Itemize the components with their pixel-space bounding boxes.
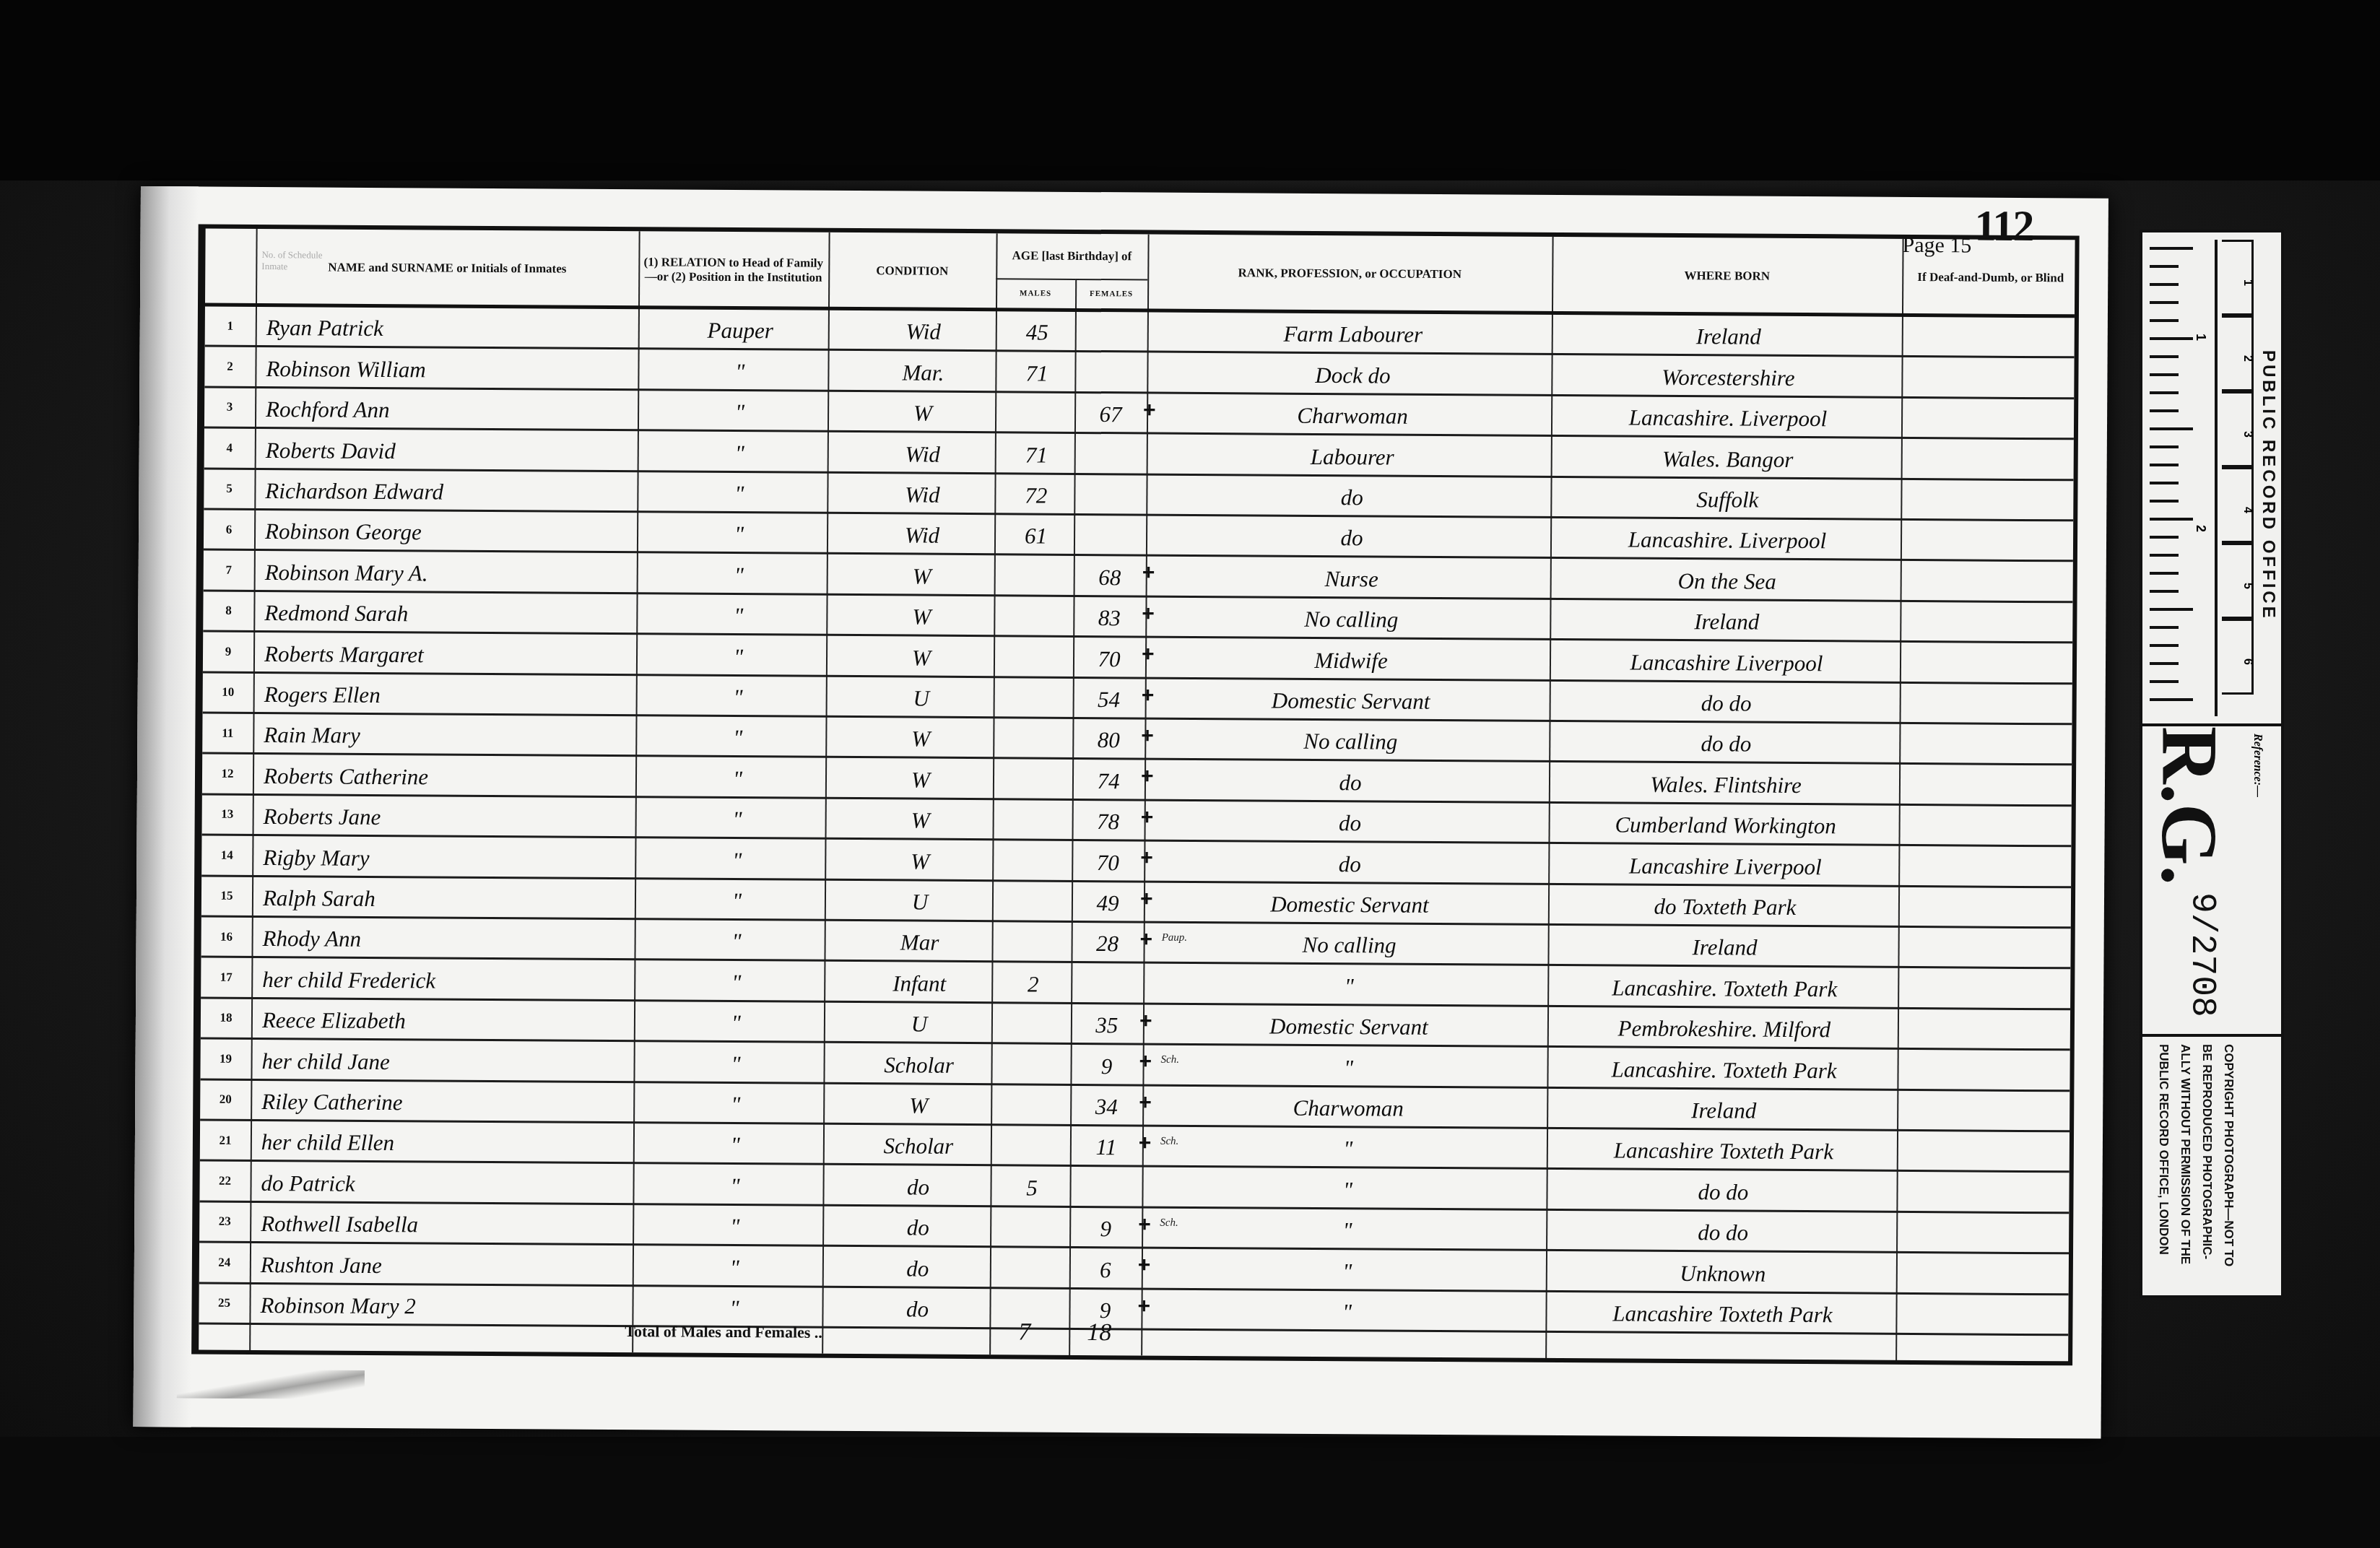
ruler-tick (2150, 409, 2179, 412)
ruler-tick (2150, 554, 2179, 557)
tally-mark-icon: + (1142, 601, 1155, 626)
where-born: Ireland (1550, 1089, 1897, 1129)
age-female: 78 (1072, 801, 1145, 840)
condition: W (851, 392, 995, 432)
occupation: Domestic Servant (1154, 1004, 1544, 1045)
reference-piece: 9/2708 (2182, 892, 2221, 1017)
age-male (996, 840, 1072, 879)
age-male: 61 (998, 515, 1074, 554)
ruler-cm-label: 3 (2222, 431, 2254, 438)
header-occupation: RANK, PROFESSION, or OCCUPATION (1147, 235, 1552, 313)
condition: W (848, 799, 993, 839)
inmate-name: Redmond Sarah (264, 592, 636, 633)
inmate-name: Rochford Ann (266, 388, 638, 430)
ruler-tick (2150, 355, 2179, 358)
top-dark-band (0, 0, 2380, 181)
tally-mark-icon: + (1141, 723, 1154, 748)
tally-mark-icon: + (1139, 1009, 1152, 1033)
tally-mark-icon: + (1141, 805, 1154, 830)
ruler-tick (2150, 247, 2193, 250)
where-born: Worcestershire (1555, 355, 1901, 396)
row-number: 21 (200, 1121, 251, 1160)
reference-series: R.G. (2150, 726, 2229, 885)
condition: W (850, 555, 994, 594)
where-born: do do (1553, 682, 1900, 722)
where-born: Ireland (1553, 600, 1900, 640)
header-age-females: FEMALES (1075, 279, 1147, 308)
condition: W (848, 718, 993, 757)
tally-mark-icon: + (1138, 1253, 1151, 1278)
ruler-cm-box (2222, 240, 2254, 316)
ruler-cm-label: 6 (2222, 658, 2254, 665)
header-age-males: MALES (996, 278, 1075, 308)
inmate-name: her child Frederick (262, 958, 634, 999)
age-male (997, 678, 1073, 717)
row-number: 2 (204, 347, 255, 386)
inmate-name: Robinson Mary A. (265, 551, 637, 592)
ruler-tick (2150, 373, 2179, 376)
ruler-tick (2150, 536, 2179, 539)
relation: " (649, 839, 825, 879)
age-male (999, 393, 1074, 432)
ruler-tick (2150, 500, 2179, 503)
where-born: Unknown (1550, 1251, 1896, 1292)
ruler-tick (2150, 662, 2179, 665)
header-condition: CONDITION (828, 232, 996, 309)
occupation: Labourer (1158, 435, 1547, 476)
inmate-name: Roberts David (266, 429, 638, 470)
row-number: 22 (199, 1162, 250, 1201)
where-born: Lancashire Toxteth Park (1550, 1129, 1897, 1170)
strip-title: PUBLIC RECORD OFFICE (2249, 240, 2278, 731)
age-male: 71 (999, 433, 1074, 472)
age-male (995, 1004, 1071, 1043)
inmate-name: Reece Elizabeth (262, 999, 634, 1040)
row-number: 14 (201, 836, 252, 875)
ruler-tick (2150, 391, 2179, 394)
occupation: do (1157, 475, 1547, 516)
condition: W (848, 758, 993, 798)
occupation: Charwoman (1153, 1086, 1543, 1127)
inmate-name: do Patrick (261, 1162, 633, 1203)
ruler-tick (2150, 590, 2179, 593)
row-number: 18 (201, 999, 251, 1038)
inmate-name: Roberts Catherine (264, 755, 635, 796)
where-born: do do (1550, 1211, 1896, 1251)
ruler-cm-label: 2 (2222, 355, 2254, 362)
ruler-tick (2150, 608, 2193, 611)
age-female (1074, 434, 1147, 473)
relation: " (647, 1165, 822, 1204)
relation: " (648, 961, 824, 1001)
age-male (996, 882, 1072, 921)
age-female: 49 (1072, 882, 1144, 921)
age-male (996, 800, 1072, 839)
ruler-inch-label: 2 (2193, 525, 2208, 532)
where-born: Lancashire Liverpool (1552, 844, 1898, 884)
where-born: Wales. Bangor (1555, 437, 1901, 477)
where-born: Ireland (1551, 926, 1898, 966)
tally-mark-icon: + (1137, 1294, 1150, 1318)
tally-mark-icon: + (1140, 927, 1153, 952)
inmate-name: Robinson George (265, 510, 637, 552)
ruler-tick (2150, 337, 2193, 340)
age-female: 68 (1074, 556, 1146, 595)
row-number: 23 (199, 1202, 250, 1241)
condition: U (848, 881, 992, 921)
inmate-name: Roberts Margaret (264, 632, 636, 674)
age-female (1069, 1167, 1142, 1206)
ruler-tick (2150, 518, 2193, 521)
age-female: 80 (1072, 719, 1145, 758)
occupation: do (1157, 516, 1547, 557)
margin-note: Sch. (1160, 1136, 1179, 1148)
row-number: 4 (204, 429, 255, 468)
age-female (1074, 352, 1147, 391)
copyright-line: PUBLIC RECORD OFFICE, LONDON (2153, 1044, 2174, 1266)
age-female: 35 (1071, 1004, 1143, 1043)
where-born: Lancashire. Liverpool (1554, 518, 1901, 559)
condition: Mar. (851, 351, 995, 391)
totals-males: 7 (1018, 1318, 1030, 1346)
copyright-notice: COPYRIGHT PHOTOGRAPH—NOT TOBE REPRODUCED… (2142, 1034, 2281, 1297)
relation: " (651, 635, 826, 675)
occupation: Farm Labourer (1158, 313, 1548, 354)
ruler-cm-label: 1 (2222, 279, 2254, 286)
ruler-scale: 12345612 (2150, 240, 2218, 716)
ruler-tick (2150, 626, 2179, 629)
tally-mark-icon: + (1142, 643, 1155, 667)
census-table: No. of Schedule Inmate NAME and SURNAME … (191, 224, 2080, 1365)
condition: Infant (847, 962, 991, 1001)
age-male (996, 718, 1072, 757)
ruler-cm-box (2222, 543, 2254, 619)
relation: " (650, 798, 825, 838)
row-number: 8 (203, 591, 253, 630)
tally-mark-icon: + (1139, 1050, 1152, 1074)
ruler-tick (2150, 445, 2179, 448)
age-male (994, 1126, 1070, 1165)
inmate-name: Rhody Ann (262, 918, 634, 959)
worn-left-edge (134, 186, 199, 1427)
relation: " (648, 1001, 824, 1041)
occupation: No calling (1155, 720, 1545, 761)
ruler-cm-box (2222, 316, 2254, 391)
inmate-name: Rain Mary (264, 714, 635, 755)
ruler-cm-box (2222, 391, 2254, 467)
inmate-name: Robinson William (266, 347, 638, 388)
relation: " (652, 391, 828, 430)
occupation: Midwife (1156, 638, 1546, 679)
occupation: " (1152, 1208, 1542, 1249)
condition: W (846, 1084, 991, 1124)
ruler-cm-box (2222, 467, 2254, 543)
occupation: " (1152, 1249, 1542, 1290)
ruler-tick (2150, 482, 2179, 484)
age-male (994, 1085, 1070, 1124)
row-number: 24 (199, 1243, 250, 1282)
reference-label: Reference:— (2251, 734, 2264, 797)
relation: " (648, 1083, 823, 1123)
row-number: 17 (201, 958, 251, 997)
age-female: 11 (1070, 1126, 1142, 1165)
row-number: 1 (205, 307, 256, 346)
header-where-born: WHERE BORN (1552, 237, 1903, 315)
age-female: 54 (1073, 678, 1145, 717)
inmate-name: her child Ellen (261, 1121, 633, 1162)
relation: " (648, 1123, 823, 1163)
occupation: Domestic Servant (1156, 679, 1546, 720)
relation: " (650, 716, 825, 756)
relation: " (652, 350, 828, 390)
condition: U (847, 1003, 991, 1043)
row-number: 10 (203, 673, 253, 712)
age-male (998, 556, 1074, 595)
where-born: Lancashire. Toxteth Park (1551, 966, 1898, 1006)
where-born: Cumberland Workington (1552, 804, 1898, 844)
row-number: 12 (202, 755, 253, 793)
copyright-line: ALLY WITHOUT PERMISSION OF THE (2174, 1044, 2196, 1266)
ruler-tick (2150, 265, 2179, 268)
age-female (1075, 312, 1147, 351)
where-born: Lancashire. Toxteth Park (1550, 1048, 1897, 1088)
header-age: AGE [last Birthday] of (996, 233, 1147, 279)
occupation: do (1155, 801, 1545, 842)
age-male (994, 1207, 1069, 1246)
condition: Wid (851, 432, 995, 472)
age-female (1074, 516, 1146, 555)
age-female (1071, 963, 1143, 1002)
condition: Scholar (846, 1125, 991, 1165)
where-born: Lancashire Liverpool (1553, 640, 1900, 681)
occupation: do (1155, 760, 1545, 801)
ruler-tick (2150, 698, 2193, 701)
condition: U (849, 677, 994, 717)
tally-mark-icon: + (1140, 846, 1153, 871)
ruler-inch-label: 1 (2193, 334, 2208, 341)
relation: " (649, 879, 825, 919)
occupation: No calling (1156, 597, 1546, 638)
age-male: 2 (995, 963, 1071, 1002)
where-born: On the Sea (1554, 559, 1901, 599)
age-female: 70 (1072, 841, 1144, 880)
inmate-name: Richardson Edward (265, 470, 637, 511)
condition: W (849, 596, 994, 635)
row-number: 7 (204, 551, 254, 590)
tally-mark-icon: + (1143, 398, 1156, 422)
where-born: Pembrokeshire. Milford (1551, 1007, 1898, 1048)
condition: W (848, 840, 992, 879)
tally-mark-icon: + (1140, 887, 1153, 911)
occupation: " (1154, 964, 1544, 1005)
age-male (996, 760, 1072, 799)
copyright-line: COPYRIGHT PHOTOGRAPH—NOT TO (2218, 1044, 2239, 1266)
occupation: " (1153, 1127, 1543, 1168)
inmate-name: Rothwell Isabella (261, 1203, 633, 1244)
occupation: Domestic Servant (1155, 882, 1545, 923)
tally-mark-icon: + (1138, 1212, 1151, 1237)
reference-box: Reference:— R.G. 9/2708 (2142, 723, 2281, 1037)
where-born: do do (1552, 722, 1899, 762)
ruler-tick (2150, 464, 2179, 466)
ruler-tick (2150, 319, 2179, 322)
ruler-cm-box (2222, 619, 2254, 695)
census-sheet: 112 Page 15 No. of Schedule Inmate NAME … (134, 186, 2108, 1439)
folded-corner (177, 1369, 365, 1399)
age-female: 9 (1069, 1208, 1142, 1247)
condition: W (849, 636, 994, 676)
header-relation: (1) RELATION to Head of Family—or (2) Po… (638, 231, 829, 308)
relation: " (652, 432, 828, 471)
relation: Pauper (653, 309, 828, 349)
relation: " (651, 513, 827, 552)
age-female: 74 (1072, 760, 1145, 799)
relation: " (647, 1245, 822, 1285)
condition: do (846, 1247, 990, 1287)
header-name: NAME and SURNAME or Initials of Inmates (256, 229, 639, 307)
ruler-cm-label: 5 (2222, 583, 2254, 589)
relation: " (651, 472, 827, 512)
row-number: 9 (203, 632, 253, 671)
occupation: Charwoman (1158, 393, 1547, 435)
reference-strip: PUBLIC RECORD OFFICE 12345612 Reference:… (2140, 230, 2284, 1298)
header-disability: If Deaf-and-Dumb, or Blind (1902, 239, 2080, 316)
condition: Wid (851, 310, 996, 350)
age-male: 72 (998, 474, 1074, 513)
relation: " (648, 1043, 823, 1082)
tally-mark-icon: + (1139, 1090, 1152, 1115)
condition: do (846, 1165, 990, 1205)
relation: " (647, 1205, 822, 1245)
occupation: " (1152, 1167, 1542, 1209)
inmate-name: Riley Catherine (261, 1081, 633, 1122)
row-number: 11 (202, 714, 253, 753)
age-male: 71 (999, 352, 1074, 391)
ruler-tick (2150, 283, 2179, 286)
occupation: do (1155, 842, 1545, 883)
age-female: 9 (1070, 1045, 1142, 1084)
condition: Wid (850, 514, 994, 554)
relation: " (648, 920, 824, 960)
inmate-name: Ralph Sarah (263, 877, 635, 918)
relation: " (651, 594, 826, 634)
row-number: 15 (201, 877, 252, 916)
age-male (997, 596, 1073, 635)
condition: Wid (850, 474, 994, 513)
age-female: 6 (1069, 1248, 1142, 1287)
copyright-line: BE REPRODUCED PHOTOGRAPHIC- (2196, 1044, 2218, 1266)
ruler-tick (2150, 680, 2179, 683)
age-female: 67 (1074, 393, 1147, 432)
margin-note: Paup. (1162, 932, 1188, 944)
ruler-tick (2150, 427, 2193, 430)
bottom-dark-band (0, 1437, 2380, 1548)
where-born: do Toxteth Park (1552, 885, 1898, 926)
tally-mark-icon: + (1141, 765, 1154, 789)
row-number: 6 (204, 510, 254, 549)
condition: Scholar (846, 1043, 991, 1083)
tally-mark-icon: + (1139, 1131, 1152, 1155)
relation: " (651, 554, 827, 593)
occupation: Dock do (1158, 353, 1547, 394)
age-female: 83 (1073, 597, 1145, 636)
margin-note: Sch. (1161, 1054, 1180, 1066)
occupation: No calling (1154, 923, 1544, 965)
condition: do (846, 1206, 990, 1246)
occupation: Nurse (1157, 557, 1547, 598)
row-number: 3 (204, 388, 255, 427)
relation: " (650, 757, 825, 797)
inmate-name: Roberts Jane (264, 796, 635, 837)
where-born: Lancashire. Liverpool (1555, 396, 1901, 437)
occupation: " (1153, 1045, 1543, 1087)
ruler-tick (2150, 572, 2179, 575)
margin-note: Sch. (1160, 1217, 1178, 1229)
where-born: Suffolk (1554, 478, 1901, 518)
age-male: 5 (994, 1167, 1069, 1206)
ruler-cm-label: 4 (2222, 507, 2254, 513)
age-male (994, 1248, 1069, 1287)
age-female: 28 (1071, 923, 1143, 962)
tally-mark-icon: + (1142, 561, 1155, 586)
inmate-name: Rigby Mary (263, 836, 635, 877)
row-number: 16 (201, 918, 251, 957)
inmate-name: Rushton Jane (261, 1243, 633, 1284)
where-born: Wales. Flintshire (1552, 762, 1899, 803)
age-female (1074, 474, 1146, 513)
tally-mark-icon: + (1142, 683, 1155, 708)
condition: Mar (847, 921, 991, 961)
inmate-name: Ryan Patrick (266, 307, 638, 348)
relation: " (651, 676, 826, 716)
row-number: 19 (200, 1040, 251, 1079)
age-male (997, 637, 1073, 676)
age-female: 34 (1070, 1085, 1142, 1124)
where-born: do do (1550, 1170, 1896, 1210)
inmate-name: Rogers Ellen (264, 674, 636, 715)
ruler-tick (2150, 644, 2179, 647)
row-number: 20 (200, 1080, 251, 1119)
ruler-tick (2150, 301, 2179, 304)
age-male: 45 (999, 311, 1075, 350)
age-male (994, 1044, 1070, 1083)
totals-label: Total of Males and Females .. (625, 1322, 822, 1342)
row-number: 13 (202, 795, 253, 834)
row-number: 5 (204, 469, 254, 508)
where-born: Ireland (1555, 315, 1902, 355)
totals-females: 18 (1087, 1319, 1111, 1347)
age-male (995, 922, 1071, 961)
age-female: 70 (1073, 638, 1145, 677)
inmate-name: her child Jane (261, 1040, 633, 1081)
